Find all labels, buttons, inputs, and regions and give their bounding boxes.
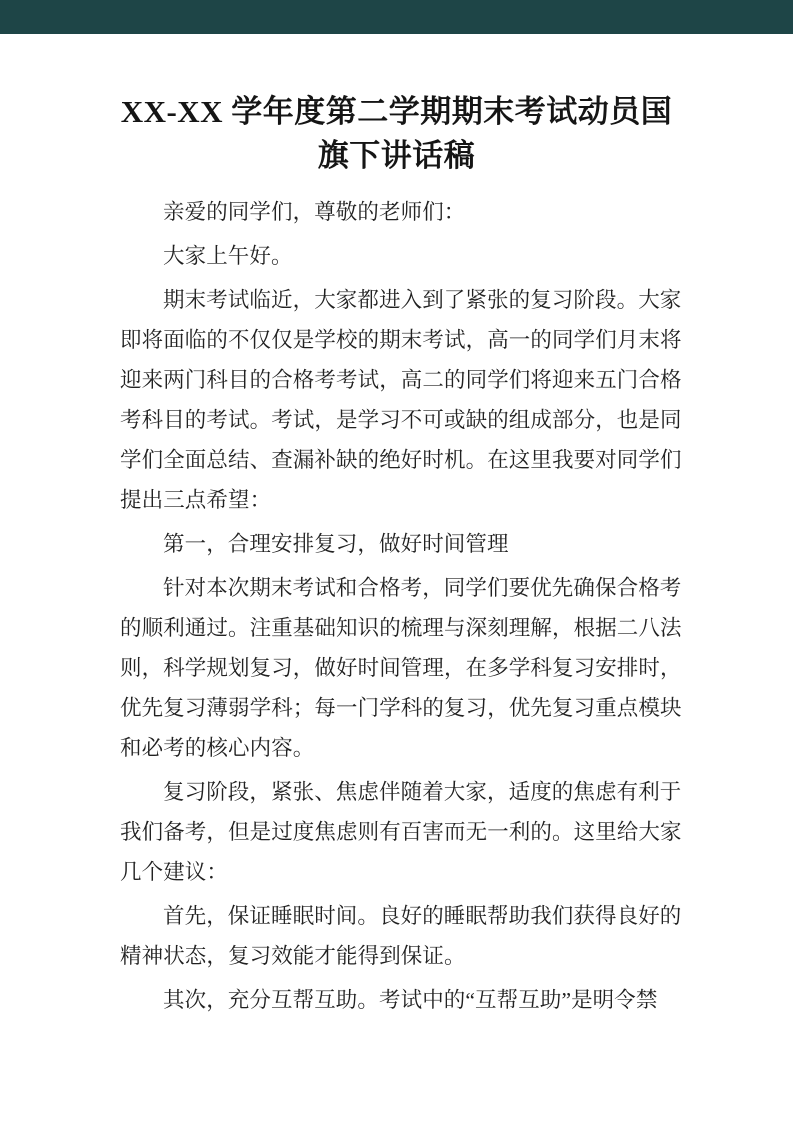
top-bar	[0, 0, 793, 34]
paragraph: 复习阶段，紧张、焦虑伴随着大家，适度的焦虑有利于我们备考，但是过度焦虑则有百害而…	[120, 772, 678, 892]
text-line: 大家上午好。	[120, 236, 678, 276]
paragraph: 针对本次期末考试和合格考，同学们要优先确保合格考的顺利通过。注重基础知识的梳理与…	[120, 568, 678, 768]
document-title: XX-XX 学年度第二学期期末考试动员国 旗下讲话稿	[0, 90, 793, 178]
text-line: 其次，充分互帮互助。考试中的“互帮互助”是明令禁	[120, 980, 678, 1020]
text-line: 的顺利通过。注重基础知识的梳理与深刻理解，根据二八法	[120, 608, 678, 648]
paragraph: 期末考试临近，大家都进入到了紧张的复习阶段。大家即将面临的不仅仅是学校的期末考试…	[120, 280, 678, 520]
document-title-line-1: XX-XX 学年度第二学期期末考试动员国	[0, 90, 793, 134]
text-line: 第一，合理安排复习，做好时间管理	[120, 524, 678, 564]
paragraph: 第一，合理安排复习，做好时间管理	[120, 524, 678, 564]
text-line: 亲爱的同学们，尊敬的老师们：	[120, 192, 678, 232]
paragraph: 其次，充分互帮互助。考试中的“互帮互助”是明令禁	[120, 980, 678, 1020]
text-line: 和必考的核心内容。	[120, 728, 678, 768]
paragraph: 首先，保证睡眠时间。良好的睡眠帮助我们获得良好的精神状态，复习效能才能得到保证。	[120, 896, 678, 976]
document-body: 亲爱的同学们，尊敬的老师们：大家上午好。期末考试临近，大家都进入到了紧张的复习阶…	[120, 192, 678, 1024]
text-line: 学们全面总结、查漏补缺的绝好时机。在这里我要对同学们	[120, 440, 678, 480]
text-line: 即将面临的不仅仅是学校的期末考试，高一的同学们月末将	[120, 320, 678, 360]
document-page: XX-XX 学年度第二学期期末考试动员国 旗下讲话稿 亲爱的同学们，尊敬的老师们…	[0, 0, 793, 1122]
text-line: 首先，保证睡眠时间。良好的睡眠帮助我们获得良好的	[120, 896, 678, 936]
document-title-line-2: 旗下讲话稿	[0, 134, 793, 178]
paragraph: 亲爱的同学们，尊敬的老师们：	[120, 192, 678, 232]
text-line: 则，科学规划复习，做好时间管理，在多学科复习安排时，	[120, 648, 678, 688]
text-line: 期末考试临近，大家都进入到了紧张的复习阶段。大家	[120, 280, 678, 320]
text-line: 迎来两门科目的合格考考试，高二的同学们将迎来五门合格	[120, 360, 678, 400]
text-line: 针对本次期末考试和合格考，同学们要优先确保合格考	[120, 568, 678, 608]
paragraph: 大家上午好。	[120, 236, 678, 276]
text-line: 提出三点希望：	[120, 480, 678, 520]
text-line: 复习阶段，紧张、焦虑伴随着大家，适度的焦虑有利于	[120, 772, 678, 812]
text-line: 考科目的考试。考试，是学习不可或缺的组成部分，也是同	[120, 400, 678, 440]
text-line: 我们备考，但是过度焦虑则有百害而无一利的。这里给大家	[120, 812, 678, 852]
text-line: 精神状态，复习效能才能得到保证。	[120, 936, 678, 976]
text-line: 优先复习薄弱学科；每一门学科的复习，优先复习重点模块	[120, 688, 678, 728]
text-line: 几个建议：	[120, 852, 678, 892]
